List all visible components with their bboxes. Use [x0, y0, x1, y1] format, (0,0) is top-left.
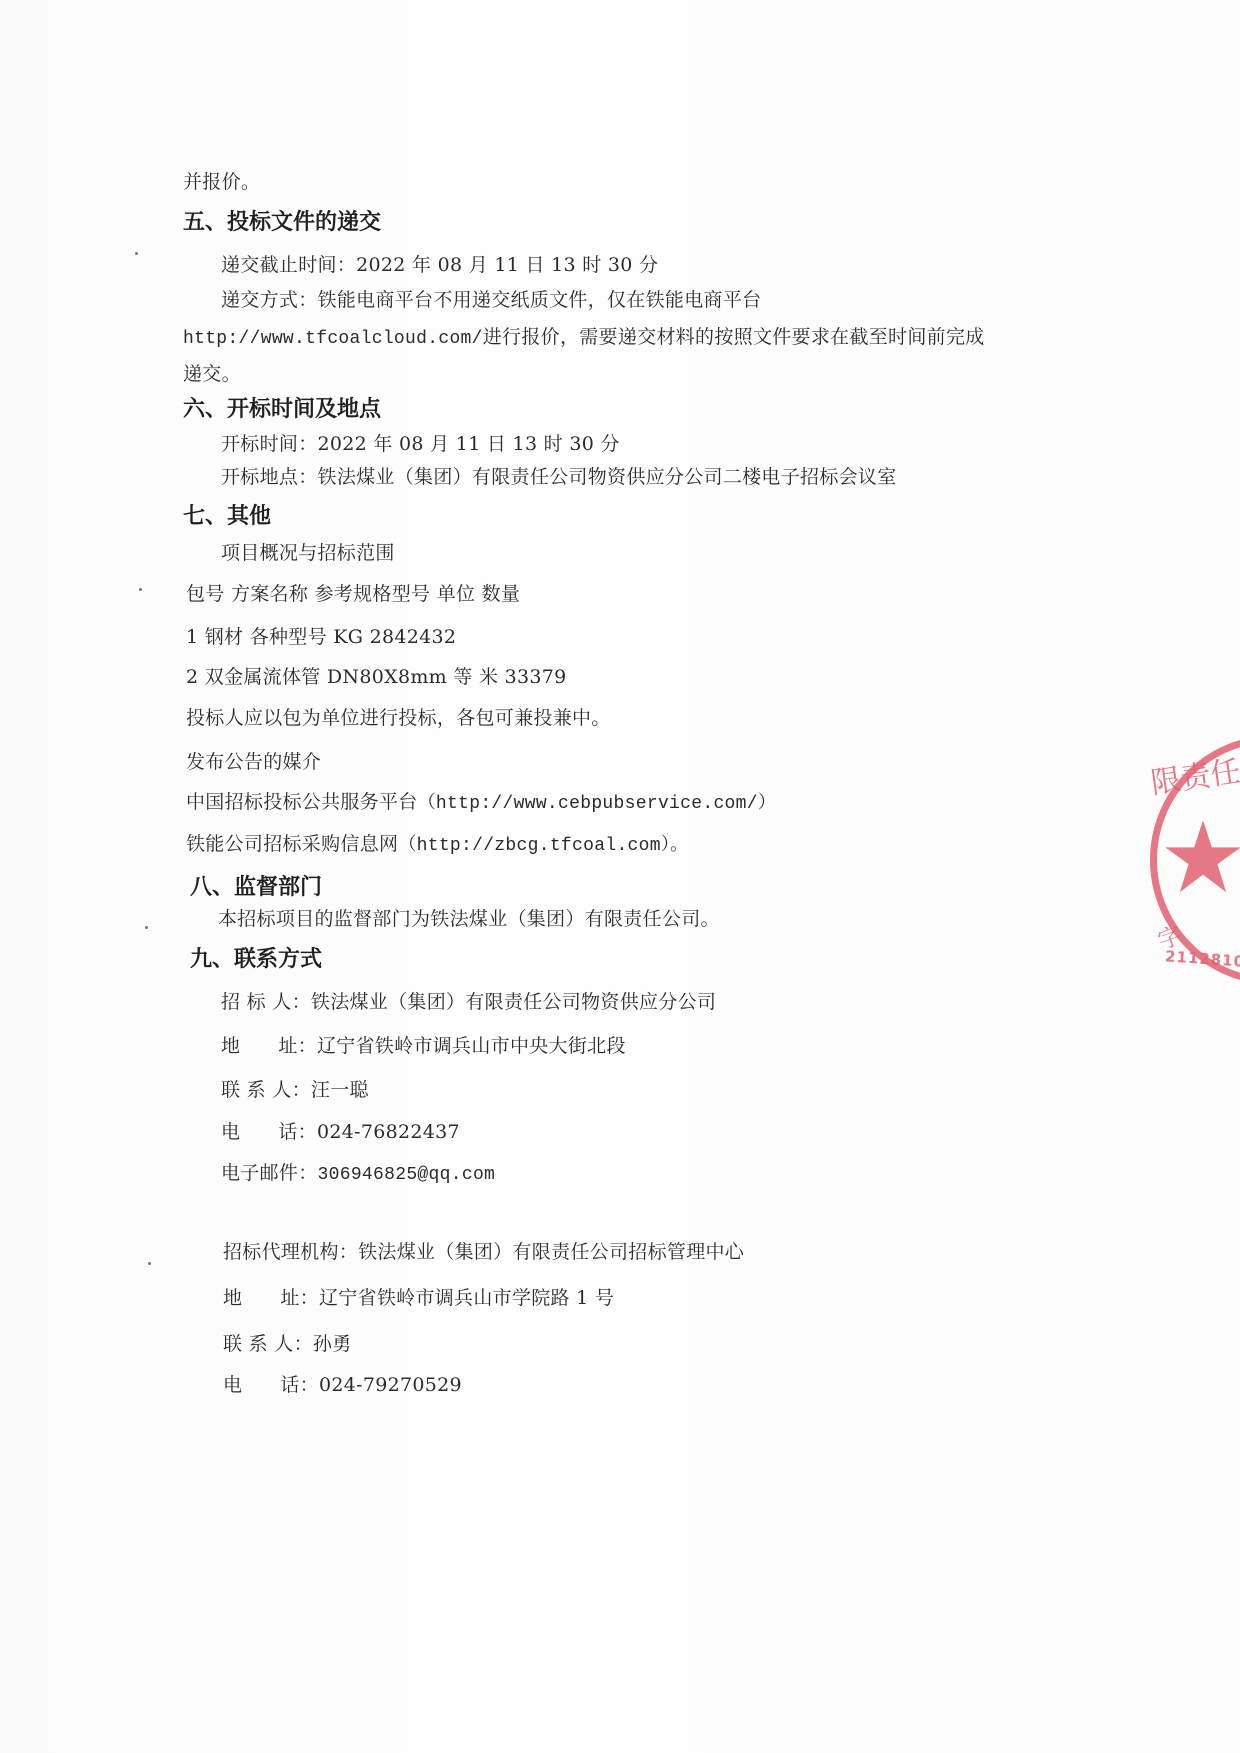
submission-deadline-label: 递交截止时间： [221, 254, 356, 276]
continuation-text: 并报价。 [183, 170, 260, 194]
tenderer-address: 地 址：辽宁省铁岭市调兵山市中央大街北段 [221, 1034, 626, 1058]
document-page: 并报价。 五、投标文件的递交 递交截止时间：2022 年 08 月 11 日 1… [0, 0, 1240, 1753]
opening-place-label: 开标地点： [221, 466, 318, 488]
row2-spec: DN80X8mm 等 [327, 666, 473, 688]
submission-method-line2-rest: 进行报价，需要递交材料的按照文件要求在截至时间前完成 [483, 326, 985, 348]
header-package-no: 包号 [186, 583, 225, 605]
agent-phone: 电 话：024-79270529 [223, 1373, 462, 1397]
submission-method-line1: 铁能电商平台不用递交纸质文件，仅在铁能电商平台 [318, 289, 762, 311]
agent-address-label: 地 址： [223, 1287, 319, 1309]
row2-quantity: 33379 [505, 666, 567, 688]
agent-phone-label: 电 话： [223, 1374, 319, 1396]
section-5-heading: 五、投标文件的递交 [183, 209, 381, 237]
submission-method: 递交方式：铁能电商平台不用递交纸质文件，仅在铁能电商平台 [221, 288, 761, 312]
section-8-heading: 八、监督部门 [190, 874, 322, 902]
tenderer-address-label: 地 址： [221, 1035, 317, 1057]
tenderer-org-label: 招 标 人： [221, 991, 311, 1013]
row2-unit: 米 [479, 666, 498, 688]
bid-note: 投标人应以包为单位进行投标，各包可兼投兼中。 [186, 706, 611, 730]
media-title: 发布公告的媒介 [186, 750, 321, 774]
tenderer-contact: 联 系 人：汪一聪 [221, 1078, 369, 1102]
tenderer-org: 招 标 人：铁法煤业（集团）有限责任公司物资供应分公司 [221, 990, 716, 1014]
tenderer-phone: 电 话：024-76822437 [221, 1120, 460, 1144]
tenderer-address-value: 辽宁省铁岭市调兵山市中央大街北段 [317, 1035, 626, 1057]
section-7-heading: 七、其他 [183, 503, 271, 531]
tenderer-email: 电子邮件：306946825@qq.com [221, 1161, 495, 1187]
header-unit: 单位 [437, 583, 476, 605]
media2-name: 铁能公司招标采购信息网 [186, 833, 398, 855]
row1-plan-name: 钢材 [205, 626, 244, 648]
section-6-heading: 六、开标时间及地点 [183, 396, 381, 424]
tenderer-contact-label: 联 系 人： [221, 1079, 311, 1101]
media2-url-link[interactable]: （http://zbcg.tfcoal.com）。 [398, 836, 688, 856]
row1-quantity: 2842432 [370, 626, 457, 648]
row1-unit: KG [333, 626, 363, 648]
opening-time-label: 开标时间： [221, 433, 318, 455]
section-9-heading: 九、联系方式 [190, 946, 322, 974]
scan-speck [139, 588, 142, 591]
opening-time: 开标时间：2022 年 08 月 11 日 13 时 30 分 [221, 432, 620, 456]
header-plan-name: 方案名称 [231, 583, 308, 605]
tenderer-phone-label: 电 话： [221, 1121, 317, 1143]
scan-speck [135, 252, 138, 255]
media-item-2: 铁能公司招标采购信息网（http://zbcg.tfcoal.com）。 [186, 832, 688, 858]
agent-address-value: 辽宁省铁岭市调兵山市学院路 1 号 [319, 1287, 614, 1309]
agent-org: 招标代理机构：铁法煤业（集团）有限责任公司招标管理中心 [223, 1240, 744, 1264]
scan-speck [145, 926, 148, 929]
supervision-text: 本招标项目的监督部门为铁法煤业（集团）有限责任公司。 [218, 907, 720, 931]
agent-contact-value: 孙勇 [313, 1333, 352, 1355]
agent-phone-value: 024-79270529 [319, 1374, 462, 1396]
submission-deadline-value: 2022 年 08 月 11 日 13 时 30 分 [356, 254, 658, 276]
opening-time-value: 2022 年 08 月 11 日 13 时 30 分 [318, 433, 620, 455]
agent-org-value: 铁法煤业（集团）有限责任公司招标管理中心 [358, 1241, 744, 1263]
tenderer-phone-value: 024-76822437 [317, 1121, 460, 1143]
media1-url-link[interactable]: （http://www.cebpubservice.com/） [418, 794, 777, 814]
opening-place-value: 铁法煤业（集团）有限责任公司物资供应分公司二楼电子招标会议室 [318, 466, 897, 488]
header-spec: 参考规格型号 [315, 583, 431, 605]
tenderer-email-link[interactable]: 306946825@qq.com [318, 1165, 496, 1185]
scan-speck [148, 1262, 151, 1265]
submission-method-label: 递交方式： [221, 289, 318, 311]
tenderer-org-value: 铁法煤业（集团）有限责任公司物资供应分公司 [311, 991, 716, 1013]
seal-number: 2112810 [1164, 947, 1240, 971]
row1-spec: 各种型号 [250, 626, 327, 648]
platform-url-link[interactable]: http://www.tfcoalcloud.com/ [183, 329, 483, 349]
package-row-1: 1 钢材 各种型号 KG 2842432 [186, 625, 456, 649]
media1-name: 中国招标投标公共服务平台 [186, 791, 418, 813]
submission-method-line3: 递交。 [183, 362, 241, 386]
agent-address: 地 址：辽宁省铁岭市调兵山市学院路 1 号 [223, 1286, 614, 1310]
agent-org-label: 招标代理机构： [223, 1241, 358, 1263]
opening-place: 开标地点：铁法煤业（集团）有限责任公司物资供应分公司二楼电子招标会议室 [221, 465, 897, 489]
project-overview-subtitle: 项目概况与招标范围 [221, 541, 395, 565]
row1-package-no: 1 [186, 626, 198, 648]
seal-star-icon [1163, 817, 1240, 897]
agent-contact: 联 系 人：孙勇 [223, 1332, 352, 1356]
row2-package-no: 2 [186, 666, 198, 688]
tenderer-contact-value: 汪一聪 [311, 1079, 369, 1101]
header-quantity: 数量 [482, 583, 521, 605]
submission-method-line2: http://www.tfcoalcloud.com/进行报价，需要递交材料的按… [183, 325, 985, 351]
row2-plan-name: 双金属流体管 [205, 666, 321, 688]
submission-deadline: 递交截止时间：2022 年 08 月 11 日 13 时 30 分 [221, 253, 658, 277]
media-item-1: 中国招标投标公共服务平台（http://www.cebpubservice.co… [186, 790, 776, 816]
tenderer-email-label: 电子邮件： [221, 1162, 318, 1184]
package-row-2: 2 双金属流体管 DN80X8mm 等 米 33379 [186, 665, 567, 689]
package-table-header: 包号 方案名称 参考规格型号 单位 数量 [186, 582, 520, 606]
agent-contact-label: 联 系 人： [223, 1333, 313, 1355]
